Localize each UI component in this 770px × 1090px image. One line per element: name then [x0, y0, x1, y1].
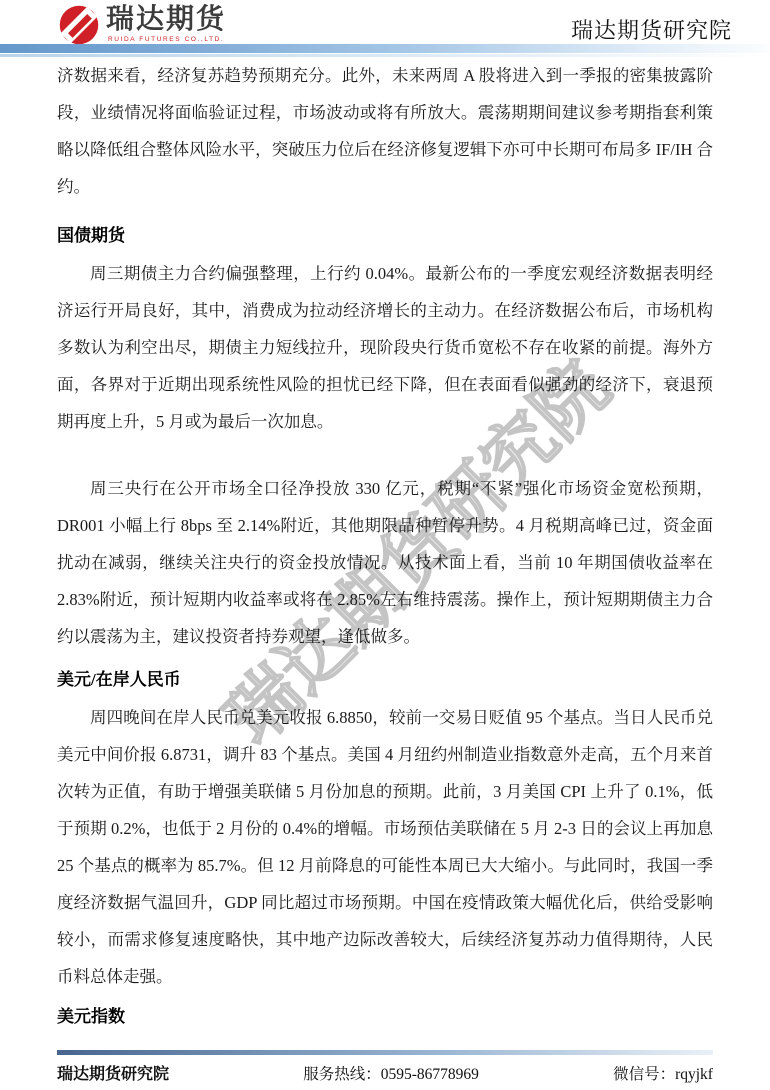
footer-hotline: 服务热线：0595-86778969	[303, 1062, 479, 1084]
footer-institute: 瑞达期货研究院	[57, 1061, 169, 1084]
brand-text: 瑞达期货 RUIDA FUTURES CO.,LTD.	[106, 3, 226, 43]
footer-divider	[57, 1050, 713, 1055]
footer-wechat-label: 微信号：	[613, 1066, 675, 1083]
report-body: 济数据来看，经济复苏趋势预期充分。此外，未来两周 A 股将进入到一季报的密集披露…	[57, 57, 713, 1030]
bond-futures-paragraph-1: 周三期债主力合约偏强整理，上行约 0.04%。最新公布的一季度宏观经济数据表明经…	[57, 255, 713, 440]
section-heading-usd-cny: 美元/在岸人民币	[57, 670, 713, 690]
brand-logo-icon	[57, 3, 101, 47]
section-heading-bond-futures: 国债期货	[57, 226, 713, 246]
header-title: 瑞达期货研究院	[571, 14, 732, 45]
report-page: { "header": { "brand_name": "瑞达期货", "bra…	[0, 0, 770, 1090]
header-divider-bar	[0, 44, 770, 57]
page-header: 瑞达期货 RUIDA FUTURES CO.,LTD. 瑞达期货研究院	[0, 0, 770, 44]
footer-hotline-number: 0595-86778969	[381, 1066, 479, 1083]
intro-paragraph: 济数据来看，经济复苏趋势预期充分。此外，未来两周 A 股将进入到一季报的密集披露…	[57, 57, 713, 205]
divider-band-dark	[0, 44, 770, 53]
page-footer: 瑞达期货研究院 服务热线：0595-86778969 微信号：rqyjkf	[0, 1050, 770, 1090]
bond-futures-paragraph-2: 周三央行在公开市场全口径净投放 330 亿元，税期“不紧”强化市场资金宽松预期，…	[57, 470, 713, 655]
footer-wechat-id: rqyjkf	[675, 1066, 713, 1083]
footer-row: 瑞达期货研究院 服务热线：0595-86778969 微信号：rqyjkf	[57, 1061, 713, 1084]
usd-cny-paragraph: 周四晚间在岸人民币兑美元收报 6.8850，较前一交易日贬值 95 个基点。当日…	[57, 699, 713, 995]
brand-name: 瑞达期货	[106, 3, 226, 35]
brand-subtitle: RUIDA FUTURES CO.,LTD.	[106, 36, 226, 43]
footer-wechat: 微信号：rqyjkf	[613, 1062, 713, 1084]
section-heading-usd-index: 美元指数	[57, 1007, 125, 1027]
footer-hotline-label: 服务热线：	[303, 1066, 381, 1083]
brand-logo: 瑞达期货 RUIDA FUTURES CO.,LTD.	[57, 3, 226, 47]
